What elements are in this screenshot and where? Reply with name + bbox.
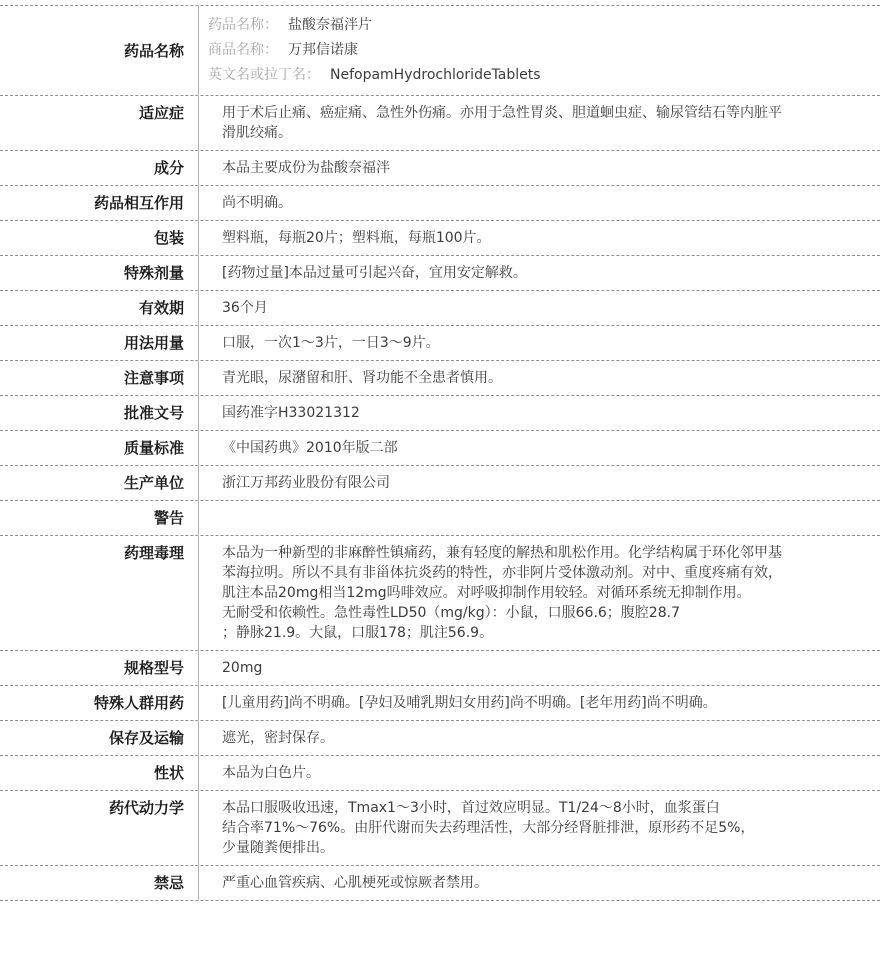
row-content: 用于术后止痛、癌症痛、急性外伤痛。亦用于急性胃炎、胆道蛔虫症、输尿管结石等内脏平… [199,96,880,150]
row-content: 青光眼，尿潴留和肝、肾功能不全患者慎用。 [199,361,880,395]
drug-name-line: 药品名称：盐酸奈福泮片 [208,13,868,38]
table-row: 生产单位 浙江万邦药业股份有限公司 [0,466,880,501]
table-row: 特殊剂量 [药物过量]本品过量可引起兴奋，宜用安定解救。 [0,256,880,291]
row-label: 注意事项 [0,361,199,395]
row-content: 严重心血管疾病、心肌梗死或惊厥者禁用。 [199,866,880,900]
table-row: 用法用量 口服，一次1～3片，一日3～9片。 [0,326,880,361]
table-row: 特殊人群用药 [儿童用药]尚不明确。[孕妇及哺乳期妇女用药]尚不明确。[老年用药… [0,686,880,721]
row-label: 特殊剂量 [0,256,199,290]
row-label: 性状 [0,756,199,790]
field-label: 商品名称： [208,42,278,58]
table-row: 药品相互作用 尚不明确。 [0,186,880,221]
row-content: 浙江万邦药业股份有限公司 [199,466,880,500]
table-row: 包装 塑料瓶，每瓶20片；塑料瓶，每瓶100片。 [0,221,880,256]
field-value: NefopamHydrochlorideTablets [330,67,541,83]
table-row: 性状 本品为白色片。 [0,756,880,791]
table-row: 药理毒理 本品为一种新型的非麻醉性镇痛药，兼有轻度的解热和肌松作用。化学结构属于… [0,536,880,651]
row-content: 本品主要成份为盐酸奈福泮 [199,151,880,185]
table-row: 警告 [0,501,880,536]
row-content: 塑料瓶，每瓶20片；塑料瓶，每瓶100片。 [199,221,880,255]
table-row: 质量标准 《中国药典》2010年版二部 [0,431,880,466]
row-content: [儿童用药]尚不明确。[孕妇及哺乳期妇女用药]尚不明确。[老年用药]尚不明确。 [199,686,880,720]
row-label: 药理毒理 [0,536,199,650]
row-content: 药品名称：盐酸奈福泮片 商品名称：万邦信诺康 英文名或拉丁名：NefopamHy… [199,6,880,95]
row-label: 适应症 [0,96,199,150]
row-label: 禁忌 [0,866,199,900]
row-label: 有效期 [0,291,199,325]
table-row: 禁忌 严重心血管疾病、心肌梗死或惊厥者禁用。 [0,866,880,901]
row-label: 药代动力学 [0,791,199,865]
row-content: 尚不明确。 [199,186,880,220]
drug-info-table: 药品名称 药品名称：盐酸奈福泮片 商品名称：万邦信诺康 英文名或拉丁名：Nefo… [0,5,880,901]
row-label: 药品相互作用 [0,186,199,220]
field-label: 英文名或拉丁名： [208,67,320,83]
row-label: 规格型号 [0,651,199,685]
table-row: 保存及运输 遮光，密封保存。 [0,721,880,756]
row-label: 成分 [0,151,199,185]
row-content: 36个月 [199,291,880,325]
table-row: 适应症 用于术后止痛、癌症痛、急性外伤痛。亦用于急性胃炎、胆道蛔虫症、输尿管结石… [0,96,880,151]
row-label: 保存及运输 [0,721,199,755]
table-row: 批准文号 国药准字H33021312 [0,396,880,431]
row-content: 《中国药典》2010年版二部 [199,431,880,465]
table-row: 药代动力学 本品口服吸收迅速，Tmax1～3小时，首过效应明显。T1/24～8小… [0,791,880,866]
row-label: 药品名称 [0,6,199,95]
field-value: 万邦信诺康 [288,42,358,58]
field-value: 盐酸奈福泮片 [288,17,372,33]
row-content: [药物过量]本品过量可引起兴奋，宜用安定解救。 [199,256,880,290]
trade-name-line: 商品名称：万邦信诺康 [208,38,868,63]
table-row: 成分 本品主要成份为盐酸奈福泮 [0,151,880,186]
row-content: 遮光，密封保存。 [199,721,880,755]
table-row: 注意事项 青光眼，尿潴留和肝、肾功能不全患者慎用。 [0,361,880,396]
row-content: 本品为一种新型的非麻醉性镇痛药，兼有轻度的解热和肌松作用。化学结构属于环化邻甲基… [199,536,880,650]
table-row: 有效期 36个月 [0,291,880,326]
table-row: 规格型号 20mg [0,651,880,686]
table-row: 药品名称 药品名称：盐酸奈福泮片 商品名称：万邦信诺康 英文名或拉丁名：Nefo… [0,6,880,96]
row-label: 特殊人群用药 [0,686,199,720]
row-content: 国药准字H33021312 [199,396,880,430]
row-label: 生产单位 [0,466,199,500]
row-label: 批准文号 [0,396,199,430]
row-content: 本品为白色片。 [199,756,880,790]
row-content: 本品口服吸收迅速，Tmax1～3小时，首过效应明显。T1/24～8小时，血浆蛋白… [199,791,880,865]
row-label: 质量标准 [0,431,199,465]
row-content [199,501,880,535]
english-name-line: 英文名或拉丁名：NefopamHydrochlorideTablets [208,63,868,88]
row-content: 20mg [199,651,880,685]
row-label: 用法用量 [0,326,199,360]
row-label: 警告 [0,501,199,535]
field-label: 药品名称： [208,17,278,33]
row-label: 包装 [0,221,199,255]
row-content: 口服，一次1～3片，一日3～9片。 [199,326,880,360]
